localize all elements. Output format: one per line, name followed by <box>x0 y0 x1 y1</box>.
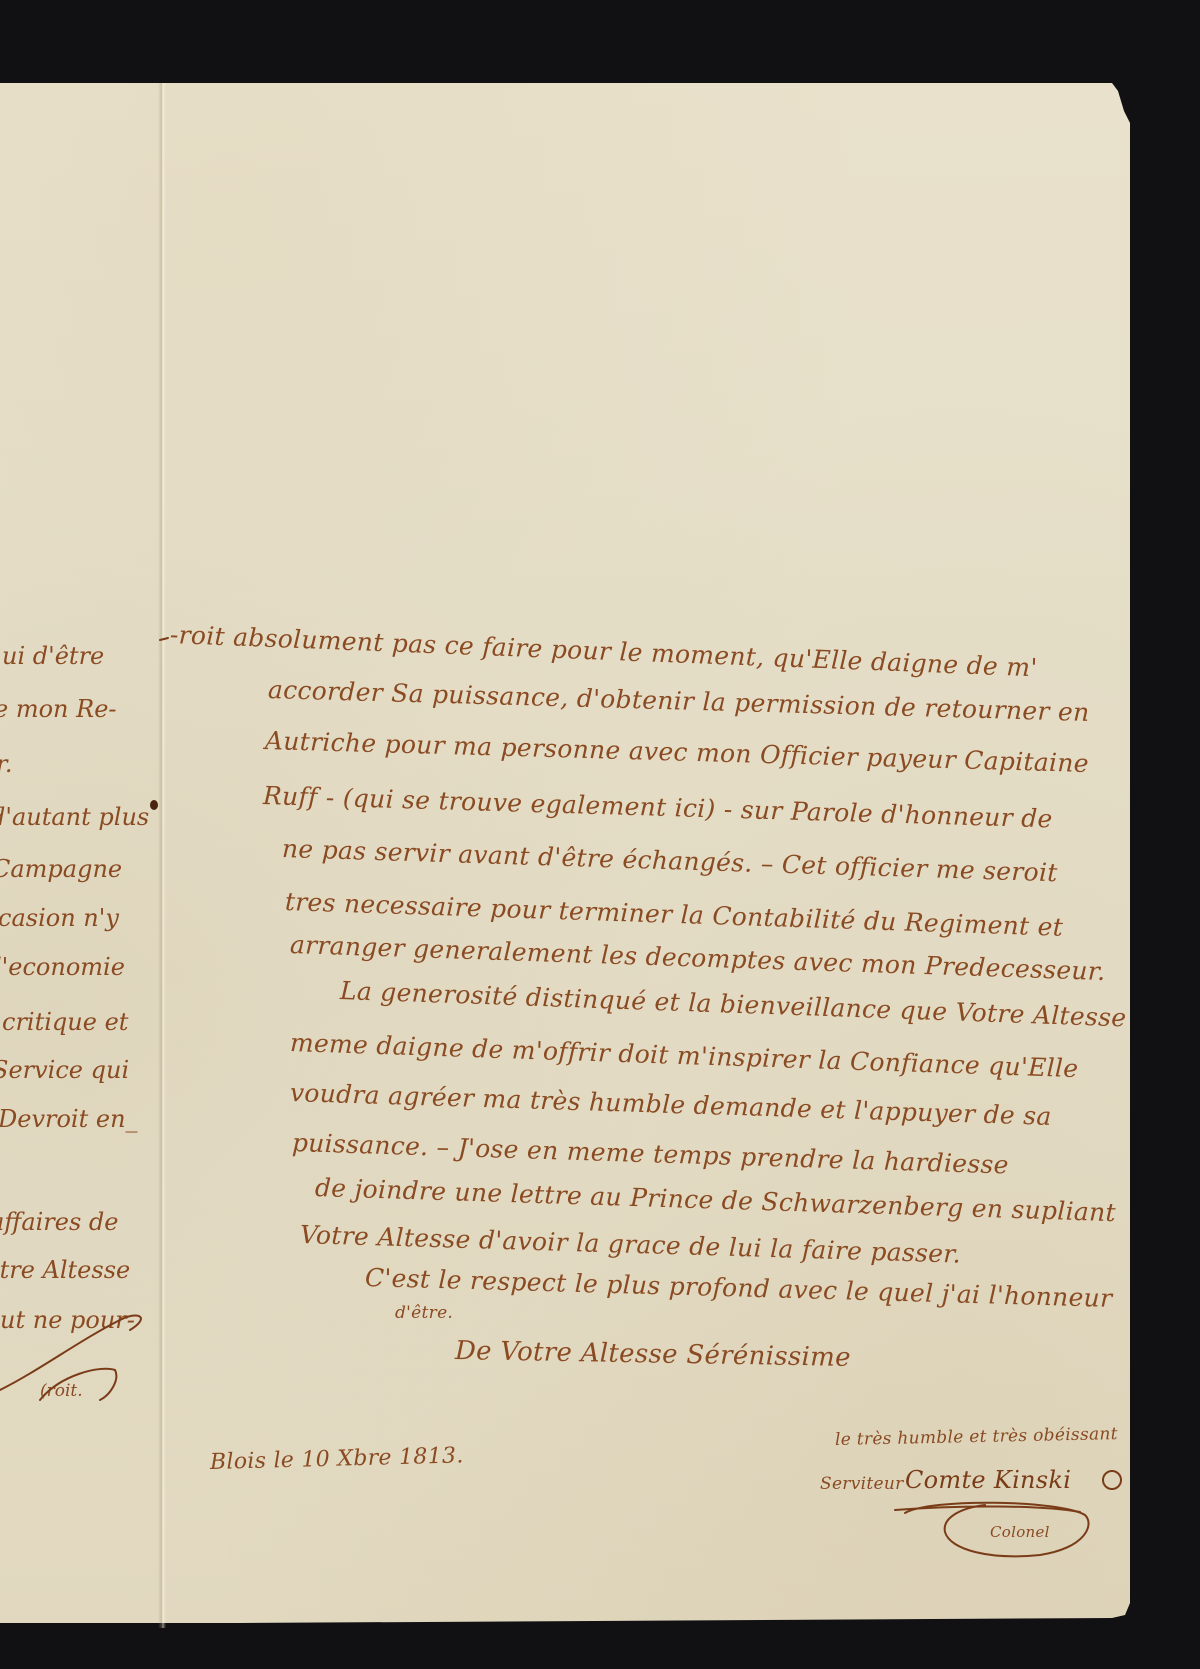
left-fragment: Votre Altesse <box>0 1258 130 1282</box>
left-fragment: (roit. <box>40 1383 83 1400</box>
valediction-serviteur: Serviteur <box>820 1476 904 1493</box>
left-fragment: d'autant plus <box>0 805 149 829</box>
signature-title: Colonel <box>990 1525 1050 1540</box>
left-fragment: Devroit en_ <box>0 1107 138 1131</box>
left-fragment: ut ne pour- <box>0 1308 135 1332</box>
body-line: d'être. <box>395 1305 453 1322</box>
left-fragment: casion n'y <box>0 906 119 930</box>
signature: Comte Kinski <box>905 1468 1071 1492</box>
left-fragment: l'economie <box>0 955 125 979</box>
salutation: De Votre Altesse Sérénissime <box>455 1338 851 1371</box>
left-fragment: e mon Re- <box>0 697 117 721</box>
left-fragment: Service qui <box>0 1058 129 1082</box>
left-fragment: Campagne <box>0 857 122 881</box>
ink-blot <box>150 800 158 810</box>
photo-stage: ui d'être e mon Re- r. d'autant plus Cam… <box>0 0 1200 1669</box>
left-fragment: critique et <box>2 1010 128 1034</box>
page-fold <box>158 83 166 1628</box>
left-fragment: ui d'être <box>2 644 104 668</box>
left-fragment: r. <box>0 752 12 776</box>
left-fragment: affaires de <box>0 1210 118 1234</box>
